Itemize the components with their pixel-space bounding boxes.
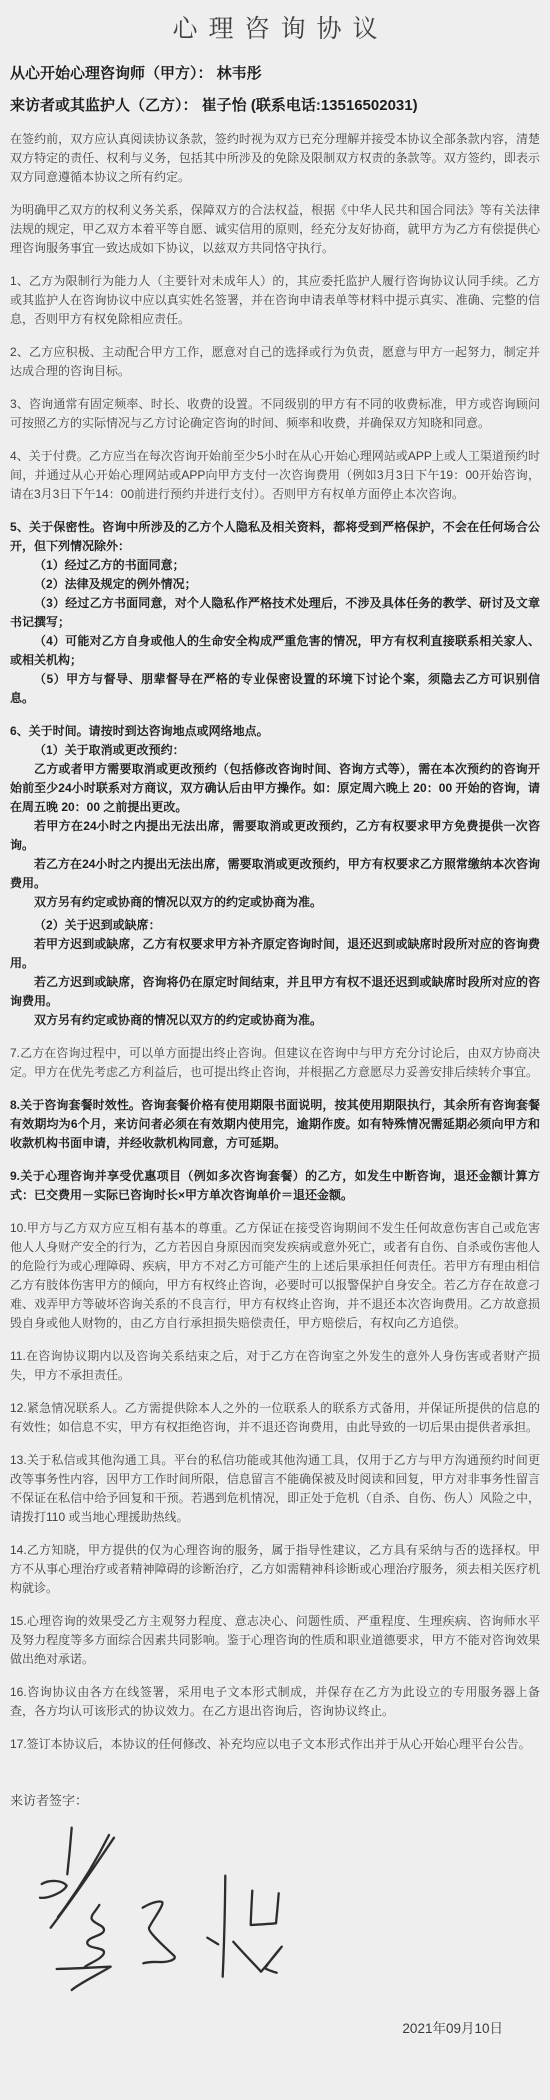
visitor-signature-image	[30, 1825, 320, 1997]
party-b-line: 来访者或其监护人（乙方）： 崔子怡 (联系电话:13516502031)	[10, 96, 540, 116]
clause-6-sub-1-text-1: 乙方或者甲方需要取消或更改预约（包括修改咨询时间、咨询方式等），需在本次预约的咨…	[10, 760, 540, 817]
clause-16: 16.咨询协议由各方在线签署，采用电子文本形式制成，并保存在乙方为此设立的专用服…	[10, 1683, 540, 1721]
clause-1: 1、乙方为限制行为能力人（主要针对未成年人）的，其应委托监护人履行咨询协议认同手…	[10, 272, 540, 329]
clause-5-item-1: （1）经过乙方的书面同意；	[10, 556, 540, 575]
clause-6-heading: 6、关于时间。请按时到达咨询地点或网络地点。	[10, 722, 540, 741]
intro-paragraph-2: 为明确甲乙双方的权利义务关系，保障双方的合法权益，根据《中华人民共和国合同法》等…	[10, 201, 540, 258]
clause-5-item-2: （2）法律及规定的例外情况；	[10, 575, 540, 594]
clause-10: 10.甲方与乙方双方应互相有基本的尊重。乙方保证在接受咨询期间不发生任何故意伤害…	[10, 1219, 540, 1333]
clause-9: 9.关于心理咨询并享受优惠项目（例如多次咨询套餐）的乙方，如发生中断咨询，退还金…	[10, 1167, 540, 1205]
clause-5-item-3: （3）经过乙方书面同意，对个人隐私作严格技术处理后，不涉及具体任务的教学、研讨及…	[10, 594, 540, 632]
clause-6-sub-2-heading: （2）关于迟到或缺席：	[10, 916, 540, 935]
intro-paragraph-1: 在签约前，双方应认真阅读协议条款，签约时视为双方已充分理解并接受本协议全部条款内…	[10, 130, 540, 187]
clause-6-sub-2-text-1: 若甲方迟到或缺席，乙方有权要求甲方补齐原定咨询时间，退还迟到或缺席时段所对应的咨…	[10, 935, 540, 973]
clause-6-sub-1-text-2: 若甲方在24小时之内提出无法出席，需要取消或更改预约，乙方有权要求甲方免费提供一…	[10, 817, 540, 855]
signing-date: 2021年09月10日	[10, 2017, 540, 2037]
visitor-signature-label: 来访者签字：	[10, 1790, 540, 1809]
agreement-page: 心理咨询协议 从心开始心理咨询师（甲方）： 林韦彤 来访者或其监护人（乙方）： …	[0, 0, 550, 2037]
clause-6-sub-1-text-3: 若乙方在24小时之内提出无法出席，需要取消或更改预约，甲方有权要求乙方照常缴纳本…	[10, 855, 540, 893]
clause-8: 8.关于咨询套餐时效性。咨询套餐价格有使用期限书面说明，按其使用期限执行，其余所…	[10, 1096, 540, 1153]
clause-6-sub-2-text-3: 双方另有约定或协商的情况以双方的约定或协商为准。	[10, 1011, 540, 1030]
page-title: 心理咨询协议	[10, 14, 540, 44]
clause-6-sub-1-text-4: 双方另有约定或协商的情况以双方的约定或协商为准。	[10, 893, 540, 912]
clause-2: 2、乙方应积极、主动配合甲方工作，愿意对自己的选择或行为负责，愿意与甲方一起努力…	[10, 343, 540, 381]
clause-7: 7.乙方在咨询过程中，可以单方面提出终止咨询。但建议在咨询中与甲方充分讨论后，由…	[10, 1044, 540, 1082]
clause-6-sub-2-text-2: 若乙方迟到或缺席，咨询将仍在原定时间结束，并且甲方有权不退还迟到或缺席时段所对应…	[10, 973, 540, 1011]
clause-6-sub-1-heading: （1）关于取消或更改预约：	[10, 741, 540, 760]
clause-14: 14.乙方知晓，甲方提供的仅为心理咨询的服务，属于指导性建议，乙方具有采纳与否的…	[10, 1541, 540, 1598]
clause-5-item-4: （4）可能对乙方自身或他人的生命安全构成严重危害的情况，甲方有权利直接联系相关家…	[10, 632, 540, 670]
clause-3: 3、咨询通常有固定频率、时长、收费的设置。不同级别的甲方有不同的收费标准，甲方或…	[10, 395, 540, 433]
clause-15: 15.心理咨询的效果受乙方主观努力程度、意志决心、问题性质、严重程度、生理疾病、…	[10, 1612, 540, 1669]
clause-4: 4、关于付费。乙方应当在每次咨询开始前至少5小时在从心开始心理网站或APP上或人…	[10, 447, 540, 504]
clause-11: 11.在咨询协议期内以及咨询关系结束之后，对于乙方在咨询室之外发生的意外人身伤害…	[10, 1347, 540, 1385]
party-a-line: 从心开始心理咨询师（甲方）： 林韦彤	[10, 64, 540, 84]
clause-13: 13.关于私信或其他沟通工具。平台的私信功能或其他沟通工具，仅用于乙方与甲方沟通…	[10, 1451, 540, 1527]
clause-5-heading: 5、关于保密性。咨询中所涉及的乙方个人隐私及相关资料，都将受到严格保护，不会在任…	[10, 518, 540, 556]
clause-12: 12.紧急情况联系人。乙方需提供除本人之外的一位联系人的联系方式备用，并保证所提…	[10, 1399, 540, 1437]
clause-5-item-5: （5）甲方与督导、朋辈督导在严格的专业保密设置的环境下讨论个案，须隐去乙方可识别…	[10, 670, 540, 708]
clause-17: 17.签订本协议后，本协议的任何修改、补充均应以电子文本形式作出并于从心开始心理…	[10, 1735, 540, 1754]
